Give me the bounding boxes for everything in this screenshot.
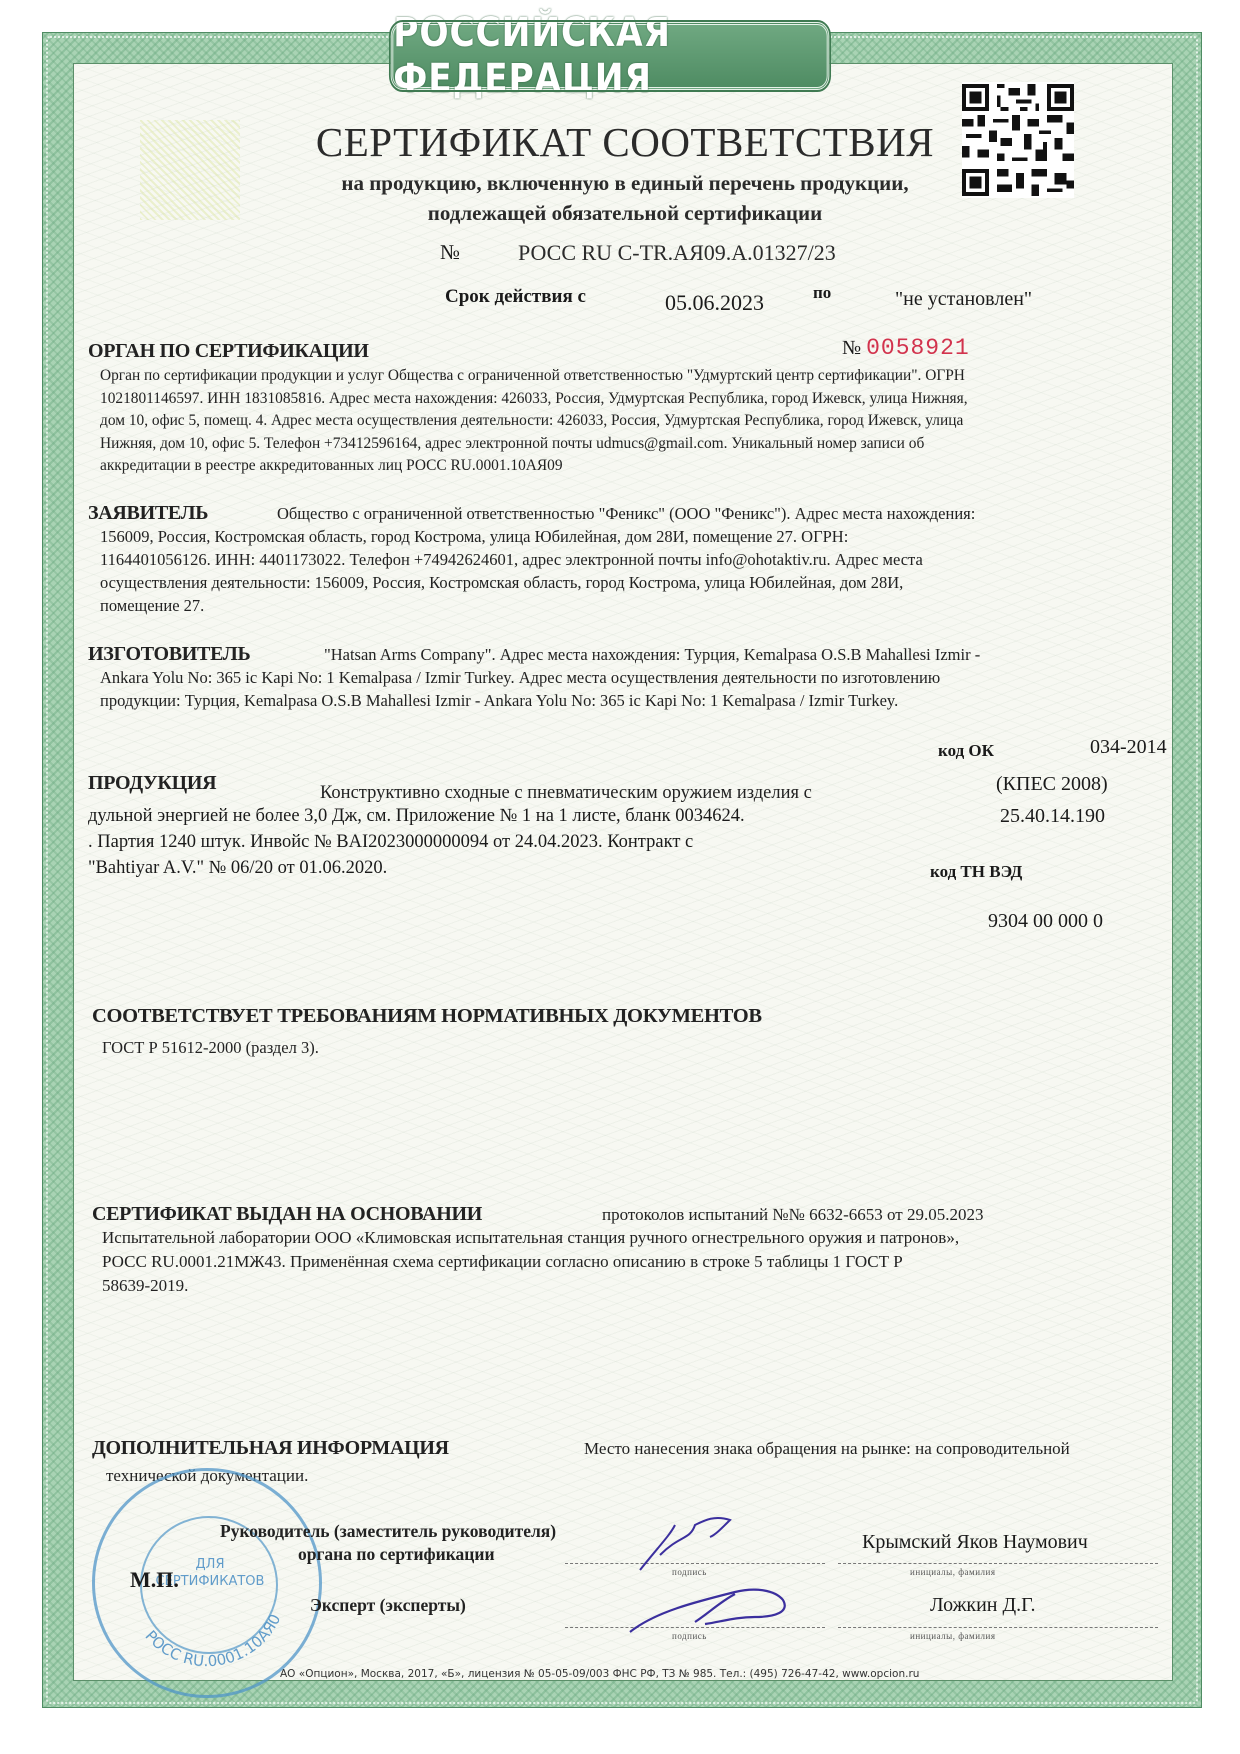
- text-line: помещение 27.: [100, 594, 1168, 617]
- section-heading: СООТВЕТСТВУЕТ ТРЕБОВАНИЯМ НОРМАТИВНЫХ ДО…: [92, 1005, 1172, 1028]
- section-body: Орган по сертификации продукции и услуг …: [100, 365, 1168, 478]
- text-line: дульной энергией не более 3,0 Дж, см. Пр…: [88, 803, 948, 829]
- text-line: . Партия 1240 штук. Инвойс № BAI20230000…: [88, 829, 948, 855]
- text-line: 156009, Россия, Костромская область, гор…: [100, 525, 1168, 548]
- section-heading: ОРГАН ПО СЕРТИФИКАЦИИ: [88, 340, 1168, 363]
- valid-from-date: 05.06.2023: [665, 290, 764, 316]
- text-line: Общество с ограниченной ответственностью…: [277, 504, 975, 523]
- section-heading: ЗАЯВИТЕЛЬ: [88, 502, 273, 525]
- text-line: органа по сертификации: [298, 1544, 556, 1565]
- tnved-code-value: 9304 00 000 0: [988, 910, 1103, 933]
- name-caption: инициалы, фамилия: [910, 1567, 995, 1577]
- validity-label: Срок действия с: [445, 286, 586, 308]
- validity-to-label: по: [813, 283, 831, 303]
- section-first-row: ПРОДУКЦИЯ Конструктивно сходные с пневма…: [88, 772, 948, 795]
- section-body: Испытательной лаборатории ООО «Климовска…: [102, 1226, 1172, 1298]
- section-body: дульной энергией не более 3,0 Дж, см. Пр…: [88, 803, 948, 881]
- expert-name: Ложкин Д.Г.: [930, 1594, 1035, 1617]
- document-subtitle: на продукцию, включенную в единый перече…: [230, 168, 1020, 228]
- text-line: Конструктивно сходные с пневматическим о…: [320, 783, 812, 803]
- text-line: Нижняя, дом 10, офис 5. Телефон +7341259…: [100, 433, 1168, 456]
- section-manufacturer: ИЗГОТОВИТЕЛЬ "Hatsan Arms Company". Адре…: [88, 643, 1168, 712]
- ok-code-label: код ОК: [938, 741, 994, 761]
- text-line: осуществления деятельности: 156009, Росс…: [100, 571, 1168, 594]
- section-conformity: СООТВЕТСТВУЕТ ТРЕБОВАНИЯМ НОРМАТИВНЫХ ДО…: [92, 1005, 1172, 1059]
- valid-to-date: "не установлен": [895, 288, 1032, 311]
- text-line: 1021801146597. ИНН 1831085816. Адрес мес…: [100, 388, 1168, 411]
- printer-imprint: АО «Опцион», Москва, 2017, «Б», лицензия…: [280, 1668, 919, 1680]
- text-line: продукции: Турция, Kemalpasa O.S.B Mahal…: [100, 689, 1168, 712]
- section-first-row: СЕРТИФИКАТ ВЫДАН НА ОСНОВАНИИ протоколов…: [92, 1203, 1172, 1226]
- expert-signature-icon: [625, 1582, 795, 1637]
- section-applicant: ЗАЯВИТЕЛЬ Общество с ограниченной ответс…: [88, 502, 1168, 617]
- section-basis: СЕРТИФИКАТ ВЫДАН НА ОСНОВАНИИ протоколов…: [92, 1203, 1172, 1298]
- certificate-number: РОСС RU С-TR.АЯ09.А.01327/23: [518, 240, 836, 266]
- section-body: 156009, Россия, Костромская область, гор…: [100, 525, 1168, 617]
- tnved-code-label: код ТН ВЭД: [930, 862, 1022, 882]
- ok-code-standard: 034-2014: [1090, 736, 1167, 759]
- text-line: Орган по сертификации продукции и услуг …: [100, 365, 1168, 388]
- text-line: Руководитель (заместитель руководителя): [220, 1521, 556, 1542]
- text-line: ГОСТ Р 51612-2000 (раздел 3).: [102, 1036, 1172, 1059]
- section-body: Ankara Yolu No: 365 ic Kapi No: 1 Kemalp…: [100, 666, 1168, 712]
- text-line: Ankara Yolu No: 365 ic Kapi No: 1 Kemalp…: [100, 666, 1168, 689]
- section-first-row: ИЗГОТОВИТЕЛЬ "Hatsan Arms Company". Адре…: [88, 643, 1168, 666]
- text-line: 1164401056126. ИНН: 4401173022. Телефон …: [100, 548, 1168, 571]
- head-signatory-name: Крымский Яков Наумович: [862, 1531, 1088, 1554]
- seal-label: М.П.: [130, 1567, 179, 1593]
- expert-label: Эксперт (эксперты): [310, 1595, 466, 1616]
- text-line: "Hatsan Arms Company". Адрес места нахож…: [324, 645, 980, 664]
- section-heading: СЕРТИФИКАТ ВЫДАН НА ОСНОВАНИИ: [92, 1203, 598, 1226]
- section-heading: ДОПОЛНИТЕЛЬНАЯ ИНФОРМАЦИЯ: [92, 1437, 580, 1460]
- head-name-line: [838, 1563, 1158, 1564]
- subtitle-line-1: на продукцию, включенную в единый перече…: [230, 168, 1020, 198]
- document-title: СЕРТИФИКАТ СООТВЕТСТВИЯ: [230, 118, 1020, 166]
- ok-code-value: 25.40.14.190: [1000, 805, 1105, 828]
- head-signature-icon: [620, 1515, 760, 1575]
- watermark-pattern: [140, 120, 240, 220]
- section-product: ПРОДУКЦИЯ Конструктивно сходные с пневма…: [88, 772, 948, 881]
- text-line: дом 10, офис 5, помещ. 4. Адрес места ос…: [100, 410, 1168, 433]
- official-stamp: ДЛЯ СЕРТИФИКАТОВ РОСС RU.0001.10АЯ09: [92, 1468, 322, 1698]
- name-caption: инициалы, фамилия: [910, 1631, 995, 1641]
- section-heading: ИЗГОТОВИТЕЛЬ: [88, 643, 320, 666]
- text-line: "Bahtiyar A.V." № 06/20 от 01.06.2020.: [88, 855, 948, 881]
- head-signatory-label: Руководитель (заместитель руководителя) …: [220, 1521, 556, 1565]
- text-line: Испытательной лаборатории ООО «Климовска…: [102, 1226, 1172, 1250]
- section-heading: ПРОДУКЦИЯ: [88, 772, 316, 795]
- expert-name-line: [838, 1627, 1158, 1628]
- ok-code-classifier: (КПЕС 2008): [996, 773, 1108, 796]
- country-banner: РОССИЙСКАЯ ФЕДЕРАЦИЯ: [391, 22, 830, 90]
- text-line: Место нанесения знака обращения на рынке…: [584, 1439, 1070, 1458]
- text-line: аккредитации в реестре аккредитованных л…: [100, 455, 1168, 478]
- subtitle-line-2: подлежащей обязательной сертификации: [230, 198, 1020, 228]
- text-line: РОСС RU.0001.21МЖ43. Применённая схема с…: [102, 1250, 1172, 1274]
- section-first-row: ЗАЯВИТЕЛЬ Общество с ограниченной ответс…: [88, 502, 1168, 525]
- section-certification-body: ОРГАН ПО СЕРТИФИКАЦИИ Орган по сертифика…: [88, 340, 1168, 478]
- certificate-number-label: №: [440, 240, 460, 265]
- text-line: протоколов испытаний №№ 6632-6653 от 29.…: [602, 1205, 983, 1224]
- text-line: 58639-2019.: [102, 1274, 1172, 1298]
- section-first-row: ДОПОЛНИТЕЛЬНАЯ ИНФОРМАЦИЯ Место нанесени…: [92, 1437, 1172, 1460]
